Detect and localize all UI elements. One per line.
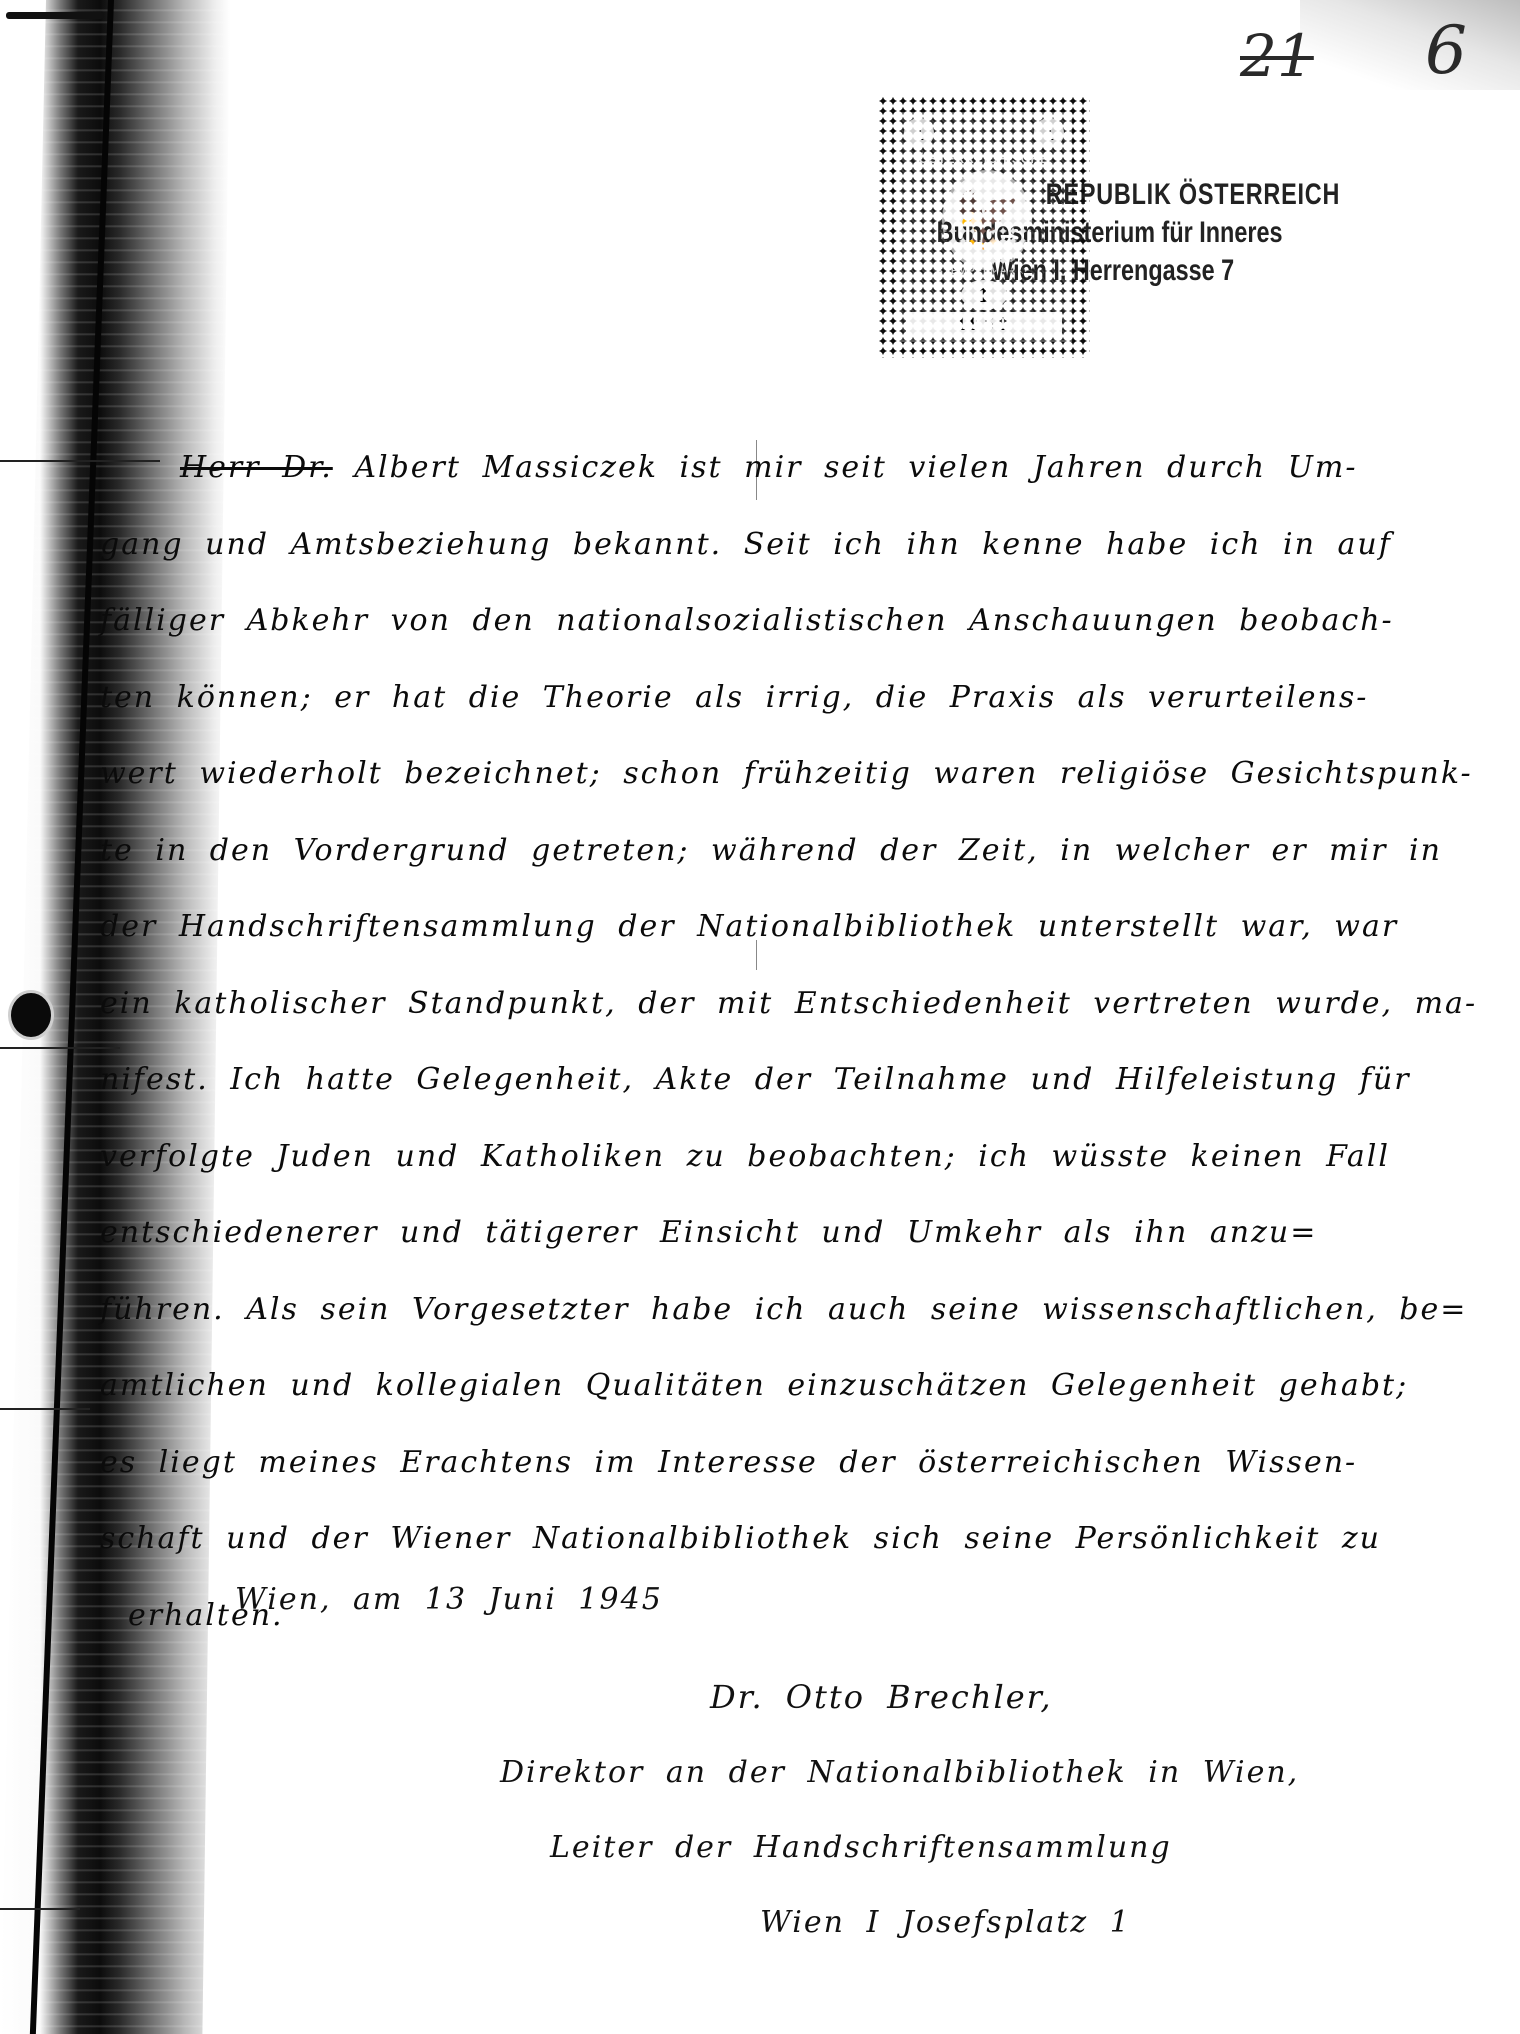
folio-number: 6 (1425, 12, 1467, 89)
stamp-country-text: ÖSTERREICHISCHE (898, 152, 1070, 166)
scan-margin-mark (6, 12, 104, 19)
revenue-stamp-frame: 1 1 ÖSTERREICHISCHE 🦅 STEMPELMARKE 1 SCH… (896, 112, 1072, 342)
letter-line: fälliger Abkehr von den nationalsozialis… (100, 583, 1360, 660)
letter-line: entschiedenerer und tätigerer Einsicht u… (100, 1195, 1360, 1272)
letter-line: führen. Als sein Vorgesetzter habe ich a… (100, 1272, 1360, 1349)
letter-body: Herr Dr. Albert Massiczek ist mir seit v… (100, 430, 1360, 1654)
letter-line: wert wiederholt bezeichnet; schon frühze… (100, 736, 1360, 813)
stamp-corner-value: 1 (1034, 118, 1064, 148)
letter-line: der Handschriftensammlung der Nationalbi… (100, 889, 1360, 966)
signatory-address: Wien I Josefsplatz 1 (480, 1885, 1380, 1960)
eagle-coat-of-arms-icon: 🦅 (942, 170, 1032, 270)
revenue-stamp: 1 1 ÖSTERREICHISCHE 🦅 STEMPELMARKE 1 SCH… (878, 96, 1090, 358)
stamp-subtitle: STEMPELMARKE (898, 266, 1070, 277)
stamp-year: 1950 (906, 312, 1062, 336)
letter-line: nifest. Ich hatte Gelegenheit, Akte der … (100, 1042, 1360, 1119)
letter-line: ten können; er hat die Theorie als irrig… (100, 660, 1360, 737)
letter-line: Herr Dr. Albert Massiczek ist mir seit v… (100, 430, 1360, 507)
letter-line: gang und Amtsbeziehung bekannt. Seit ich… (100, 507, 1360, 584)
margin-rule (0, 1908, 80, 1910)
letter-line: ein katholischer Standpunkt, der mit Ent… (100, 966, 1360, 1043)
margin-rule (0, 1408, 90, 1410)
struck-salutation: Herr Dr. (180, 450, 333, 485)
punch-hole (8, 990, 54, 1040)
folio-number-old: 21 (1240, 22, 1314, 90)
letter-line: te in den Vordergrund getreten; während … (100, 813, 1360, 890)
signature-block: Dr. Otto Brechler, Direktor an der Natio… (480, 1660, 1380, 1960)
signatory-title: Direktor an der Nationalbibliothek in Wi… (480, 1735, 1380, 1810)
letter-line: amtlichen und kollegialen Qualitäten ein… (100, 1348, 1360, 1425)
letter-line: verfolgte Juden und Katholiken zu beobac… (100, 1119, 1360, 1196)
scan-corner-shade (1300, 0, 1520, 90)
place-and-date: Wien, am 13 Juni 1945 (235, 1582, 663, 1617)
letter-line: schaft und der Wiener Nationalbibliothek… (100, 1501, 1360, 1578)
stamp-corner-value: 1 (904, 118, 934, 148)
letter-line: es liegt meines Erachtens im Interesse d… (100, 1425, 1360, 1502)
signatory-name: Dr. Otto Brechler, (480, 1660, 1380, 1735)
stamp-denomination: 1 (961, 280, 1007, 310)
signatory-department: Leiter der Handschriftensammlung (480, 1810, 1380, 1885)
